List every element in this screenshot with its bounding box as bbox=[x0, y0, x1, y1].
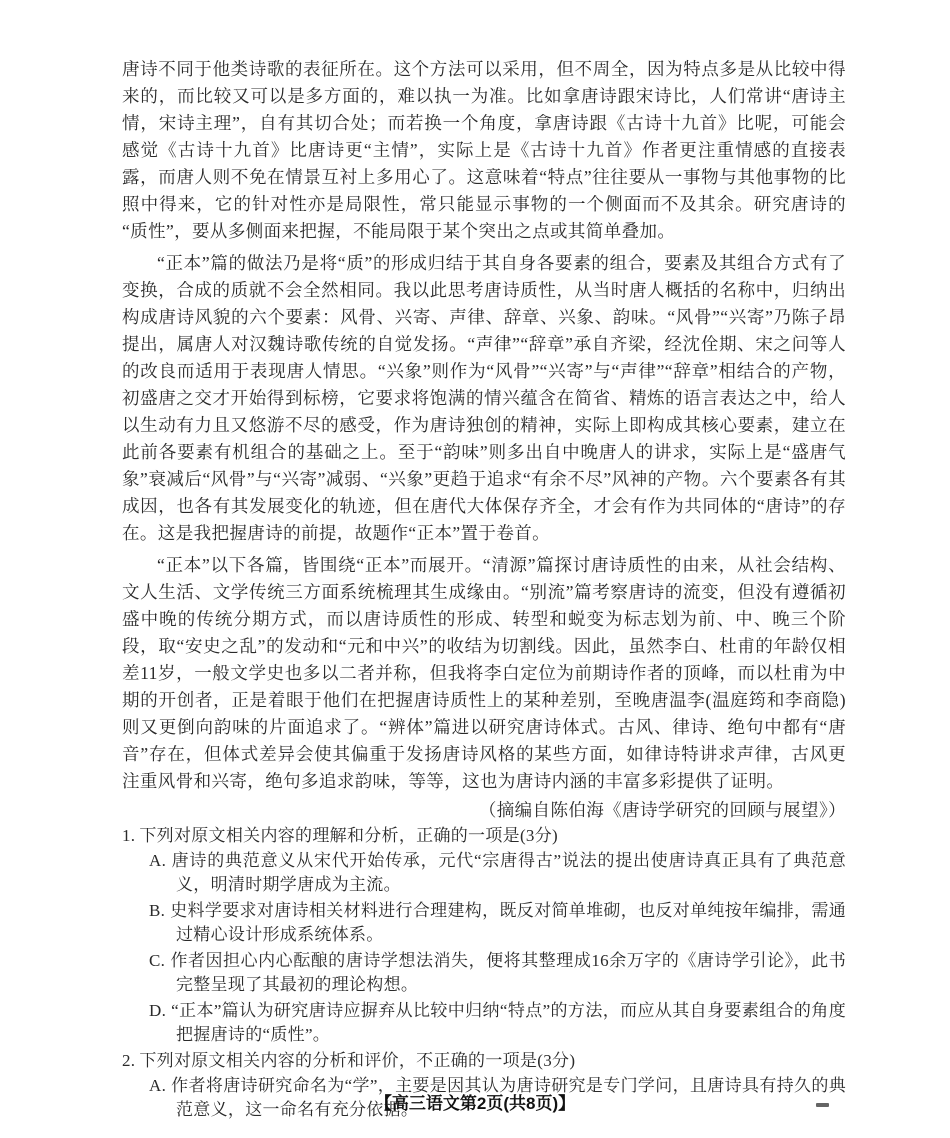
exam-page: 唐诗不同于他类诗歌的表征所在。这个方法可以采用，但不周全，因为特点多是从比较中得… bbox=[0, 0, 950, 1138]
question-1-number: 1. bbox=[122, 826, 135, 845]
question-1-option-c: C.作者因担心内心酝酿的唐诗学想法消失，便将其整理成16余万字的《唐诗学引论》，… bbox=[149, 949, 846, 997]
passage-paragraph-3: “正本”以下各篇，皆围绕“正本”而展开。“清源”篇探讨唐诗质性的由来，从社会结构… bbox=[122, 552, 846, 795]
question-1-option-b: B.史料学要求对唐诗相关材料进行合理建构，既反对简单堆砌，也反对单纯按年编排，需… bbox=[149, 899, 846, 947]
question-1-stem: 1.下列对原文相关内容的理解和分析，正确的一项是(3分) bbox=[122, 824, 846, 848]
question-1-option-b-label: B. bbox=[149, 901, 165, 920]
question-2-stem-text: 下列对原文相关内容的分析和评价，不正确的一项是(3分) bbox=[139, 1051, 575, 1070]
question-2-stem: 2.下列对原文相关内容的分析和评价，不正确的一项是(3分) bbox=[122, 1049, 846, 1073]
question-1-option-b-text: 史料学要求对唐诗相关材料进行合理建构，既反对简单堆砌，也反对单纯按年编排，需通过… bbox=[170, 901, 846, 944]
question-1: 1.下列对原文相关内容的理解和分析，正确的一项是(3分) A.唐诗的典范意义从宋… bbox=[122, 824, 846, 1047]
question-1-option-c-text: 作者因担心内心酝酿的唐诗学想法消失，便将其整理成16余万字的《唐诗学引论》，此书… bbox=[170, 951, 846, 994]
passage-paragraph-1: 唐诗不同于他类诗歌的表征所在。这个方法可以采用，但不周全，因为特点多是从比较中得… bbox=[122, 56, 846, 245]
question-1-option-d-label: D. bbox=[149, 1001, 166, 1020]
print-artifact-dash bbox=[816, 1103, 829, 1107]
passage-attribution: （摘编自陈伯海《唐诗学研究的回顾与展望》） bbox=[122, 800, 846, 820]
question-1-option-d-text: “正本”篇认为研究唐诗应摒弃从比较中归纳“特点”的方法，而应从其自身要素组合的角… bbox=[171, 1001, 846, 1044]
question-1-option-a: A.唐诗的典范意义从宋代开始传承，元代“宗唐得古”说法的提出使唐诗真正具有了典范… bbox=[149, 849, 846, 897]
question-1-option-c-label: C. bbox=[149, 951, 165, 970]
page-footer-label: 【高三语文第2页(共8页)】 bbox=[0, 1089, 950, 1114]
question-1-option-a-label: A. bbox=[149, 851, 166, 870]
question-1-option-d: D.“正本”篇认为研究唐诗应摒弃从比较中归纳“特点”的方法，而应从其自身要素组合… bbox=[149, 999, 846, 1047]
passage-paragraph-2: “正本”篇的做法乃是将“质”的形成归结于其自身各要素的组合，要素及其组合方式有了… bbox=[122, 250, 846, 547]
page-content: 唐诗不同于他类诗歌的表征所在。这个方法可以采用，但不周全，因为特点多是从比较中得… bbox=[122, 56, 846, 1124]
question-2-number: 2. bbox=[122, 1051, 135, 1070]
question-1-option-a-text: 唐诗的典范意义从宋代开始传承，元代“宗唐得古”说法的提出使唐诗真正具有了典范意义… bbox=[171, 851, 846, 894]
question-1-stem-text: 下列对原文相关内容的理解和分析，正确的一项是(3分) bbox=[139, 826, 558, 845]
